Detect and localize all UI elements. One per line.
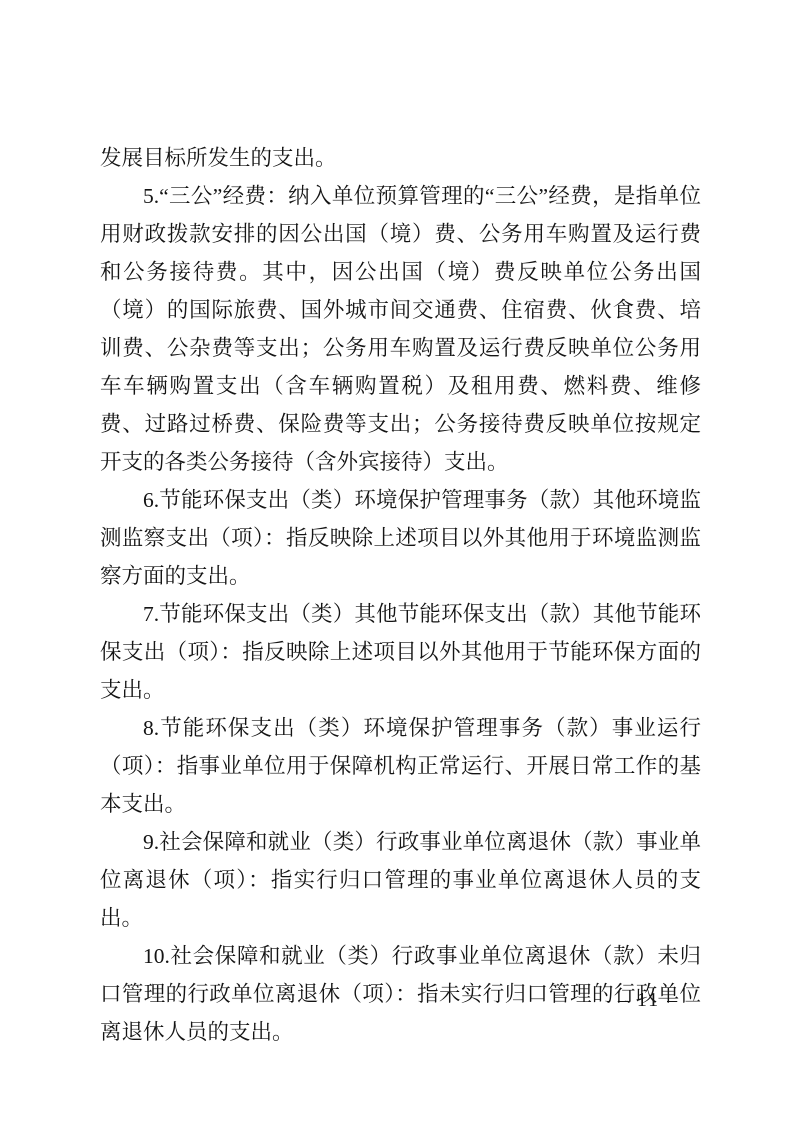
document-body: 发展目标所发生的支出。 5.“三公”经费：纳入单位预算管理的“三公”经费，是指单… [100, 139, 701, 1051]
paragraph-item-5: 5.“三公”经费：纳入单位预算管理的“三公”经费，是指单位用财政拨款安排的因公出… [100, 177, 701, 481]
paragraph-item-7: 7.节能环保支出（类）其他节能环保支出（款）其他节能环保支出（项）：指反映除上述… [100, 595, 701, 709]
paragraph-item-8: 8.节能环保支出（类）环境保护管理事务（款）事业运行（项）：指事业单位用于保障机… [100, 709, 701, 823]
page-number: – 11 – [596, 986, 701, 1014]
paragraph-continuation: 发展目标所发生的支出。 [100, 139, 701, 177]
document-page: 发展目标所发生的支出。 5.“三公”经费：纳入单位预算管理的“三公”经费，是指单… [0, 0, 793, 1122]
paragraph-item-9: 9.社会保障和就业（类）行政事业单位离退休（款）事业单位离退休（项）：指实行归口… [100, 823, 701, 937]
paragraph-item-6: 6.节能环保支出（类）环境保护管理事务（款）其他环境监测监察支出（项）：指反映除… [100, 481, 701, 595]
